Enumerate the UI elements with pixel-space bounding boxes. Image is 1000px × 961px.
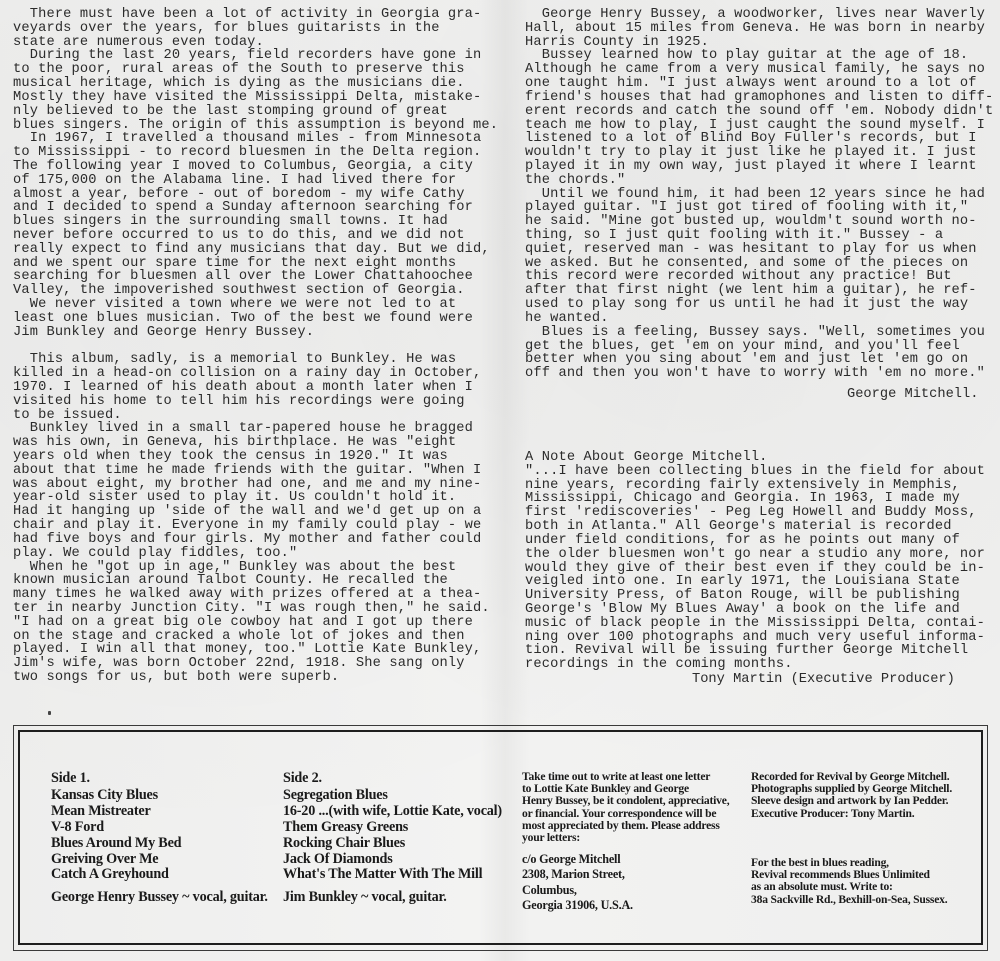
text-line: listened to a lot of Blind Boy Fuller's … <box>525 132 993 146</box>
recommendation-line: 38a Sackville Rd., Bexhill-on-Sea, Susse… <box>751 894 947 906</box>
text-line: the chords." <box>525 174 993 188</box>
text-line: the older bluesmen won't go near a studi… <box>525 548 985 562</box>
text-line: Until we found him, it had been 12 years… <box>525 188 993 202</box>
text-line: years old when they took the census in 1… <box>13 450 498 464</box>
side-2-artist: Jim Bunkley ~ vocal, guitar. <box>283 890 502 906</box>
text-line: chair and play it. Everyone in my family… <box>13 519 498 533</box>
text-line: tion. Revival will be issuing further Ge… <box>525 644 985 658</box>
track-item: 16-20 ...(with wife, Lottie Kate, vocal) <box>283 804 502 820</box>
text-line: many times he walked away with prizes of… <box>13 588 498 602</box>
text-line: Had it hanging up 'side of the wall and … <box>13 505 498 519</box>
text-line: first 'rediscoveries' - Peg Leg Howell a… <box>525 506 985 520</box>
text-line: he wanted. <box>525 312 993 326</box>
text-line: two songs for us, but both were superb. <box>13 671 498 685</box>
text-line: played guitar. "I just got tired of fool… <box>525 201 993 215</box>
text-line: under field conditions, for as he points… <box>525 534 985 548</box>
production-credits: Recorded for Revival by George Mitchell.… <box>751 771 952 820</box>
text-line: would they give of their best even if th… <box>525 562 985 576</box>
text-line: ning over 100 photographs and much very … <box>525 631 985 645</box>
text-line: blues singers. The origin of this assump… <box>13 119 498 133</box>
track-item: Greiving Over Me <box>51 852 268 868</box>
address-line: Georgia 31906, U.S.A. <box>522 898 633 913</box>
text-line: nly believed to be the last stomping gro… <box>13 105 498 119</box>
text-line: get the blues, get 'em on your mind, and… <box>525 340 993 354</box>
text-line: least one blues musician. Two of the bes… <box>13 312 498 326</box>
side-2-tracks: Segregation Blues16-20 ...(with wife, Lo… <box>283 788 502 883</box>
text-line: Valley, the impoverished southwest secti… <box>13 284 498 298</box>
side-1-title: Side 1. <box>51 771 268 787</box>
text-line: and I decided to spend a Sunday afternoo… <box>13 201 498 215</box>
note-about-mitchell: A Note About George Mitchell."...I have … <box>525 451 985 672</box>
credit-line: Sleeve design and artwork by Ian Pedder. <box>751 795 952 807</box>
track-item: Rocking Chair Blues <box>283 836 502 852</box>
text-line: nine years, recording fairly extensively… <box>525 479 985 493</box>
side-1-artist: George Henry Bussey ~ vocal, guitar. <box>51 890 268 906</box>
text-line: was about eight, my brother had one, and… <box>13 478 498 492</box>
side-1-tracklist: Side 1. Kansas City BluesMean Mistreater… <box>51 771 268 906</box>
text-line: veigled into one. In early 1971, the Lou… <box>525 575 985 589</box>
text-line: Mississippi, Chicago and Georgia. In 196… <box>525 492 985 506</box>
text-line: one taught him. "I just always went arou… <box>525 77 993 91</box>
text-line: used to play song for us until he had it… <box>525 298 993 312</box>
address-line: Columbus, <box>522 883 633 898</box>
text-line: he said. "Mine got busted up, wouldm't s… <box>525 215 993 229</box>
address-line: c/o George Mitchell <box>522 852 633 867</box>
text-line: Bussey learned how to play guitar at the… <box>525 49 993 63</box>
letter-appeal: Take time out to write at least one lett… <box>522 771 729 844</box>
text-line: teach me how to play, I just caught the … <box>525 119 993 133</box>
track-item: V-8 Ford <box>51 820 268 836</box>
print-speck <box>48 711 51 715</box>
text-line: Bunkley lived in a small tar-papered hou… <box>13 422 498 436</box>
track-item: Kansas City Blues <box>51 788 268 804</box>
side-2-title: Side 2. <box>283 771 502 787</box>
text-line: of 175,000 on the Alabama line. I had li… <box>13 174 498 188</box>
text-line: When he "got up in age," Bunkley was abo… <box>13 561 498 575</box>
text-line: never before occurred to us to do this, … <box>13 229 498 243</box>
text-line: played it in my own way, just played it … <box>525 160 993 174</box>
text-line: searching for bluesmen all over the Lowe… <box>13 270 498 284</box>
track-item: Them Greasy Greens <box>283 820 502 836</box>
text-line: The following year I moved to Columbus, … <box>13 160 498 174</box>
text-line: Blues is a feeling, Bussey says. "Well, … <box>525 326 993 340</box>
text-line: friend's houses that had gramophones and… <box>525 91 993 105</box>
text-line: off and then you won't have to worry wit… <box>525 367 993 381</box>
track-item: Jack Of Diamonds <box>283 852 502 868</box>
text-line: on the stage and cracked a whole lot of … <box>13 630 498 644</box>
text-line: this record were recorded without any pr… <box>525 270 993 284</box>
text-line: Hall, about 15 miles from Geneva. He was… <box>525 22 993 36</box>
text-line: thing, so I just quit fooling with it." … <box>525 229 993 243</box>
article-signature: George Mitchell. <box>847 387 978 402</box>
recommendation-line: as an absolute must. Write to: <box>751 881 947 893</box>
text-line: University Press, of Baton Rouge, will b… <box>525 589 985 603</box>
text-line: and we spent our spare time for the next… <box>13 257 498 271</box>
track-item: Blues Around My Bed <box>51 836 268 852</box>
text-line: Harris County in 1925. <box>525 36 993 50</box>
text-line: better when you sing about 'em and just … <box>525 353 993 367</box>
address-line: 2308, Marion Street, <box>522 867 633 882</box>
text-line: George's 'Blow My Blues Away' a book on … <box>525 603 985 617</box>
text-line: both in Atlanta." All George's material … <box>525 520 985 534</box>
note-signature: Tony Martin (Executive Producer) <box>692 672 955 687</box>
text-line: In 1967, I travelled a thousand miles - … <box>13 132 498 146</box>
text-line: blues singers in the surrounding small t… <box>13 215 498 229</box>
text-line: Jim Bunkley and George Henry Bussey. <box>13 326 498 340</box>
track-item: What's The Matter With The Mill <box>283 867 502 883</box>
track-item: Catch A Greyhound <box>51 867 268 883</box>
text-line: There must have been a lot of activity i… <box>13 8 498 22</box>
text-line: We never visited a town where we were no… <box>13 298 498 312</box>
text-line: to the poor, rural areas of the South to… <box>13 63 498 77</box>
text-line: to be issued. <box>13 409 498 423</box>
text-line: Mostly they have visited the Mississippi… <box>13 91 498 105</box>
text-line: ter in nearby Junction City. "I was roug… <box>13 602 498 616</box>
text-line: really expect to find any musicians that… <box>13 243 498 257</box>
text-line: we asked. But he consented, and some of … <box>525 257 993 271</box>
text-line: Jim's wife, was born October 22nd, 1918.… <box>13 657 498 671</box>
side-1-tracks: Kansas City BluesMean MistreaterV-8 Ford… <box>51 788 268 883</box>
text-line: almost a year, before - out of boredom -… <box>13 188 498 202</box>
mailing-address: c/o George Mitchell2308, Marion Street,C… <box>522 852 633 914</box>
text-line: "I had on a great big ole cowboy hat and… <box>13 616 498 630</box>
text-line: after that first night (we lent him a gu… <box>525 284 993 298</box>
right-column-text: George Henry Bussey, a woodworker, lives… <box>525 8 993 381</box>
text-line: During the last 20 years, field recorder… <box>13 49 498 63</box>
text-line <box>13 340 498 354</box>
text-line: Although he came from a very musical fam… <box>525 63 993 77</box>
text-line: known musician around Talbot County. He … <box>13 574 498 588</box>
text-line: recordings in the coming months. <box>525 658 985 672</box>
appeal-line: or financial. Your correspondence will b… <box>522 808 729 820</box>
text-line: veyards over the years, for blues guitar… <box>13 22 498 36</box>
credit-line: Executive Producer: Tony Martin. <box>751 808 952 820</box>
text-line: had five boys and four girls. My mother … <box>13 533 498 547</box>
text-line: play. We could play fiddles, too." <box>13 547 498 561</box>
text-line: to Mississippi - to record bluesmen in t… <box>13 146 498 160</box>
left-column-text: There must have been a lot of activity i… <box>13 8 498 685</box>
text-line: George Henry Bussey, a woodworker, lives… <box>525 8 993 22</box>
blues-unlimited-recommendation: For the best in blues reading,Revival re… <box>751 857 947 906</box>
text-line: "...I have been collecting blues in the … <box>525 465 985 479</box>
track-item: Mean Mistreater <box>51 804 268 820</box>
text-line: quiet, reserved man - was hesitant to pl… <box>525 243 993 257</box>
text-line: music of black people in the Mississippi… <box>525 617 985 631</box>
text-line: visited his home to tell him his recordi… <box>13 395 498 409</box>
track-item: Segregation Blues <box>283 788 502 804</box>
text-line: 1970. I learned of his death about a mon… <box>13 381 498 395</box>
text-line: erent records and catch the sound off 'e… <box>525 105 993 119</box>
text-line: state are numerous even today. <box>13 36 498 50</box>
text-line: A Note About George Mitchell. <box>525 451 985 465</box>
text-line: played. I win all that money, too." Lott… <box>13 643 498 657</box>
text-line: killed in a head-on collision on a rainy… <box>13 367 498 381</box>
text-line: about that time he made friends with the… <box>13 464 498 478</box>
side-2-tracklist: Side 2. Segregation Blues16-20 ...(with … <box>283 771 502 906</box>
text-line: This album, sadly, is a memorial to Bunk… <box>13 353 498 367</box>
text-line: year-old sister used to play it. Us coul… <box>13 491 498 505</box>
text-line: musical heritage, which is dying as the … <box>13 77 498 91</box>
appeal-line: your letters: <box>522 832 729 844</box>
text-line: wouldn't try to play it just like he pla… <box>525 146 993 160</box>
text-line: was his own, in Geneva, his birthplace. … <box>13 436 498 450</box>
appeal-line: Henry Bussey, be it condolent, appreciat… <box>522 795 729 807</box>
